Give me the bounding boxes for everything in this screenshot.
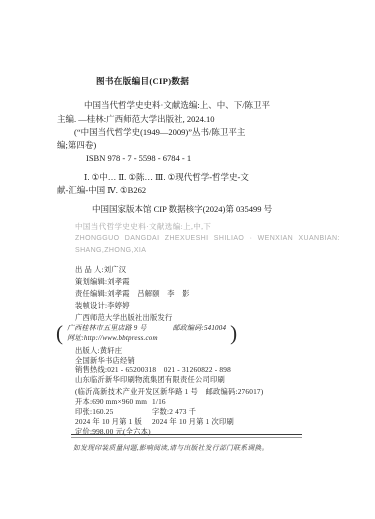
sales-hotline: 销售热线:021 - 65200318 021 - 31260822 - 898 xyxy=(75,365,231,375)
cip-record-number: 中国国家版本馆 CIP 数据核字(2024)第 035499 号 xyxy=(92,203,272,216)
publisher-address-block: ( 广西桂林市五里店路 9 号邮政编码:541004 网址:http://www… xyxy=(56,323,237,344)
credit-label: 责任编辑: xyxy=(75,289,107,298)
cip-series-line-1: (“中国当代哲学史(1949—2009)”丛书/陈卫平主 xyxy=(74,126,245,139)
book-title-gray: 中国当代哲学史史料·文献选编:上,中,下 xyxy=(75,221,211,232)
book-title-pinyin-line-1: ZHONGGUO DANGDAI ZHEXUESHI SHILIAO · WEN… xyxy=(75,235,340,242)
distribution-line: 全国新华书店经销 xyxy=(75,356,135,366)
cip-entry-line-2: 主编. —桂林:广西师范大学出版社, 2024.10 xyxy=(57,113,215,126)
edition-info: 2024 年 10 月第 1 版 xyxy=(75,417,142,427)
credit-label: 策划编辑: xyxy=(75,277,107,286)
credit-label: 出 品 人: xyxy=(75,265,104,274)
format-ratio: 1/16 xyxy=(152,397,166,406)
cip-classification-line-2: 献-汇编-中国 Ⅳ. ①B262 xyxy=(57,184,146,197)
cip-heading: 图书在版编目(CIP)数据 xyxy=(96,75,189,88)
cip-series-line-2: 编;第四卷) xyxy=(57,139,96,152)
credit-value: 刘广汉 xyxy=(104,265,127,274)
colophon-page: 图书在版编目(CIP)数据 中国当代哲学史史料·文献选编:上、中、下/陈卫平 主… xyxy=(0,0,375,519)
credit-row-responsible-editor: 责任编辑:刘孝霞 吕解颐 李 影 xyxy=(75,289,190,299)
credit-row-designer: 装帧设计:李婷婷 xyxy=(75,301,130,311)
printed-sheets: 印张:160.25 xyxy=(75,407,114,417)
cip-entry-line-1: 中国当代哲学史史料·文献选编:上、中、下/陈卫平 xyxy=(84,99,270,112)
word-count: 字数:2 473 千 xyxy=(152,407,196,417)
credit-value: 李婷婷 xyxy=(107,301,130,310)
credit-row-producer: 出 品 人:刘广汉 xyxy=(75,265,126,275)
format-spec: 开本:690 mm×960 mm xyxy=(75,397,147,407)
impression-info: 2024 年 10 月第 1 次印刷 xyxy=(152,417,234,427)
publisher-address-line: 广西桂林市五里店路 9 号邮政编码:541004 xyxy=(67,324,226,334)
publisher-postcode: 邮政编码:541004 xyxy=(173,324,227,332)
right-paren-glyph: ) xyxy=(230,323,237,344)
cip-classification-line-1: Ⅰ. ①中… Ⅱ. ①陈… Ⅲ. ①现代哲学-哲学史-文 xyxy=(84,171,249,184)
credit-row-planning-editor: 策划编辑:刘孝霞 xyxy=(75,277,130,287)
divider-rule xyxy=(71,434,302,438)
publisher-website: 网址:http://www.bbtpress.com xyxy=(67,334,226,344)
publisher-address: 广西桂林市五里店路 9 号 xyxy=(67,324,147,332)
publisher-imprint-line: 广西师范大学出版社出版发行 xyxy=(75,313,172,323)
credit-value: 刘孝霞 xyxy=(107,277,130,286)
printer-address: (临沂高新技术产业开发区新华路 1 号 邮政编码:276017) xyxy=(75,387,263,397)
quality-notice: 如发现印装质量问题,影响阅读,请与出版社发行部门联系调换。 xyxy=(73,442,269,452)
book-title-pinyin-line-2: SHANG,ZHONG,XIA xyxy=(75,247,146,254)
credit-label: 装帧设计: xyxy=(75,301,107,310)
publisher-person: 出版人:黄轩庄 xyxy=(75,346,122,356)
printer-line: 山东临沂新华印刷物流集团有限责任公司印刷 xyxy=(75,375,225,385)
credit-value: 刘孝霞 吕解颐 李 影 xyxy=(107,289,189,298)
isbn-line: ISBN 978 - 7 - 5598 - 6784 - 1 xyxy=(86,152,191,165)
left-paren-glyph: ( xyxy=(56,323,63,344)
